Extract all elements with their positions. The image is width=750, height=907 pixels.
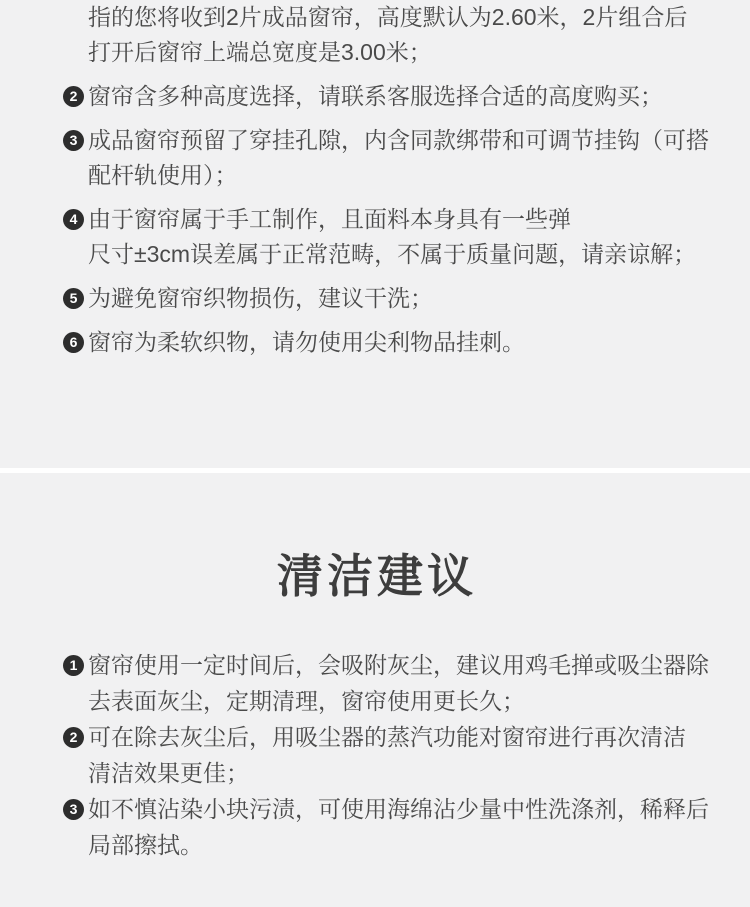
- note-line: 尺寸±3cm误差属于正常范畴，不属于质量问题，请亲谅解；: [88, 237, 696, 272]
- cleaning-line: 局部擦拭。: [88, 827, 709, 863]
- cleaning-line: 窗帘使用一定时间后，会吸附灰尘，建议用鸡毛掸或吸尘器除: [88, 647, 709, 683]
- note-item: 6 窗帘为柔软织物，请勿使用尖利物品挂刺。: [63, 325, 710, 360]
- bullet-number: 3: [63, 799, 84, 820]
- bullet-number: 6: [63, 332, 84, 353]
- cleaning-section-title: 清洁建议: [0, 473, 750, 599]
- cleaning-line: 可在除去灰尘后，用吸尘器的蒸汽功能对窗帘进行再次清洁: [88, 719, 686, 755]
- cleaning-line: 清洁效果更佳；: [88, 755, 686, 791]
- cleaning-line: 如不慎沾染小块污渍，可使用海绵沾少量中性洗涤剂，稀释后: [88, 791, 709, 827]
- note-item: 5 为避免窗帘织物损伤，建议干洗；: [63, 281, 710, 316]
- cleaning-item: 3 如不慎沾染小块污渍，可使用海绵沾少量中性洗涤剂，稀释后 局部擦拭。: [63, 791, 710, 863]
- note-line: 配杆轨使用）；: [88, 158, 709, 193]
- note-line: 由于窗帘属于手工制作，且面料本身具有一些弹: [88, 202, 696, 237]
- note-item: 3 成品窗帘预留了穿挂孔隙，内含同款绑带和可调节挂钩（可搭 配杆轨使用）；: [63, 123, 710, 193]
- bullet-number: 2: [63, 727, 84, 748]
- note-line: 为避免窗帘织物损伤，建议干洗；: [88, 281, 433, 316]
- intro-paragraph: 指的您将收到2片成品窗帘，高度默认为2.60米，2片组合后 打开后窗帘上端总宽度…: [88, 0, 710, 70]
- bullet-number: 2: [63, 86, 84, 107]
- note-item: 4 由于窗帘属于手工制作，且面料本身具有一些弹 尺寸±3cm误差属于正常范畴，不…: [63, 202, 710, 272]
- cleaning-advice-section: 清洁建议 1 窗帘使用一定时间后，会吸附灰尘，建议用鸡毛掸或吸尘器除 去表面灰尘…: [0, 473, 750, 907]
- note-line: 窗帘含多种高度选择，请联系客服选择合适的高度购买；: [88, 79, 663, 114]
- bullet-number: 3: [63, 130, 84, 151]
- bullet-number: 4: [63, 209, 84, 230]
- note-line: 窗帘为柔软织物，请勿使用尖利物品挂刺。: [88, 325, 525, 360]
- note-line: 成品窗帘预留了穿挂孔隙，内含同款绑带和可调节挂钩（可搭: [88, 123, 709, 158]
- note-line: 指的您将收到2片成品窗帘，高度默认为2.60米，2片组合后: [88, 0, 710, 35]
- usage-notes-section: 指的您将收到2片成品窗帘，高度默认为2.60米，2片组合后 打开后窗帘上端总宽度…: [0, 0, 750, 468]
- note-line: 打开后窗帘上端总宽度是3.00米；: [88, 35, 710, 70]
- cleaning-item: 1 窗帘使用一定时间后，会吸附灰尘，建议用鸡毛掸或吸尘器除 去表面灰尘，定期清理…: [63, 647, 710, 719]
- bullet-number: 1: [63, 655, 84, 676]
- bullet-number: 5: [63, 288, 84, 309]
- note-item: 2 窗帘含多种高度选择，请联系客服选择合适的高度购买；: [63, 79, 710, 114]
- cleaning-line: 去表面灰尘，定期清理，窗帘使用更长久；: [88, 683, 709, 719]
- cleaning-item: 2 可在除去灰尘后，用吸尘器的蒸汽功能对窗帘进行再次清洁 清洁效果更佳；: [63, 719, 710, 791]
